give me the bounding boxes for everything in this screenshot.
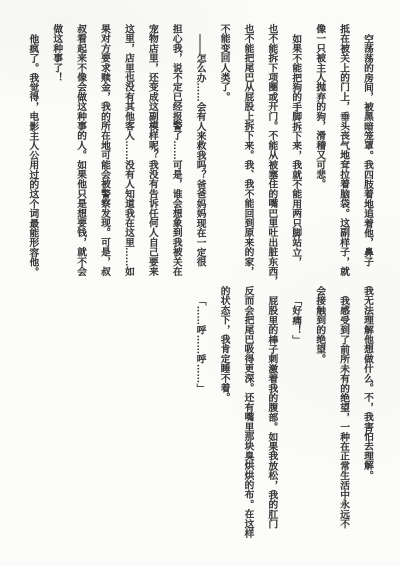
text-column: 这里，店里也没有其他客人……没有人知道我在这里……如: [116, 24, 140, 277]
text-column: 他疯了。我觉得，电影主人公用过的这个词最能形容他。: [20, 24, 44, 277]
text-column: 不能变回人类了。: [212, 24, 236, 277]
text-column: 如果不能把狗的手脚拆下来，我就不能用两只脚站立，: [283, 24, 307, 277]
text-column: 果对方要求赎金，我的所在地可能会被警察发现。可是，叔: [92, 24, 116, 277]
text-column: 屁股里的棒子刺激着我的腹部。如果我放松，我的肛门: [259, 286, 283, 541]
text-column: 「好痛！」: [283, 286, 307, 541]
text-column: 我感受到了前所未有的绝望，一种在正常生活中永远不: [331, 286, 355, 541]
text-column: ——怎么办……会有人来救我吗？爸爸妈妈现在一定很: [188, 24, 212, 277]
text-column: 空荡荡的房间，被黑暗笼罩。我四肢着地追着他，鼻子: [355, 24, 379, 277]
vertical-text-band-bottom: 我无法理解他想做什么。不，我害怕去理解。我感受到了前所未有的绝望，一种在正常生活…: [188, 286, 379, 541]
text-column: 抵在被关上的门上，垂头丧气地耷拉着脑袋。这副样子，就: [331, 24, 355, 277]
text-column: 我无法理解他想做什么。不，我害怕去理解。: [355, 286, 379, 541]
text-column: 也不能把尾巴从屁股上拆下来。我、我不能回到原来的家，: [236, 24, 260, 277]
text-column: 也不能拆下项圈或开门。不能从被塞住的嘴巴里吐出脏东西，: [259, 24, 283, 277]
text-column: 反而会把尾巴吸得更深。还有嘴里那块臭烘烘的布。在这样: [236, 286, 260, 541]
novel-page: 空荡荡的房间，被黑暗笼罩。我四肢着地追着他，鼻子抵在被关上的门上，垂头丧气地耷拉…: [0, 0, 400, 566]
text-column: 宠物店里，还变成这副模样呢？我没有告诉任何人自己要来: [140, 24, 164, 277]
text-column: 会接触到的绝望。: [307, 286, 331, 541]
vertical-text-band-top: 空荡荡的房间，被黑暗笼罩。我四肢着地追着他，鼻子抵在被关上的门上，垂头丧气地耷拉…: [20, 24, 379, 277]
text-column: 像一只被主人抛弃的狗，滑稽又可悲。: [307, 24, 331, 277]
text-column: 叔看起来不像会做这种事的人。如果他只是想要钱，就不会: [68, 24, 92, 277]
text-column: 的状态下，我肯定睡不着。: [212, 286, 236, 541]
text-column: 担心我，说不定已经报警了……可是，谁会想象到我被关在: [164, 24, 188, 277]
text-column: 做这种事了！: [44, 24, 68, 277]
text-column: 「……呼……呼……」: [188, 286, 212, 541]
